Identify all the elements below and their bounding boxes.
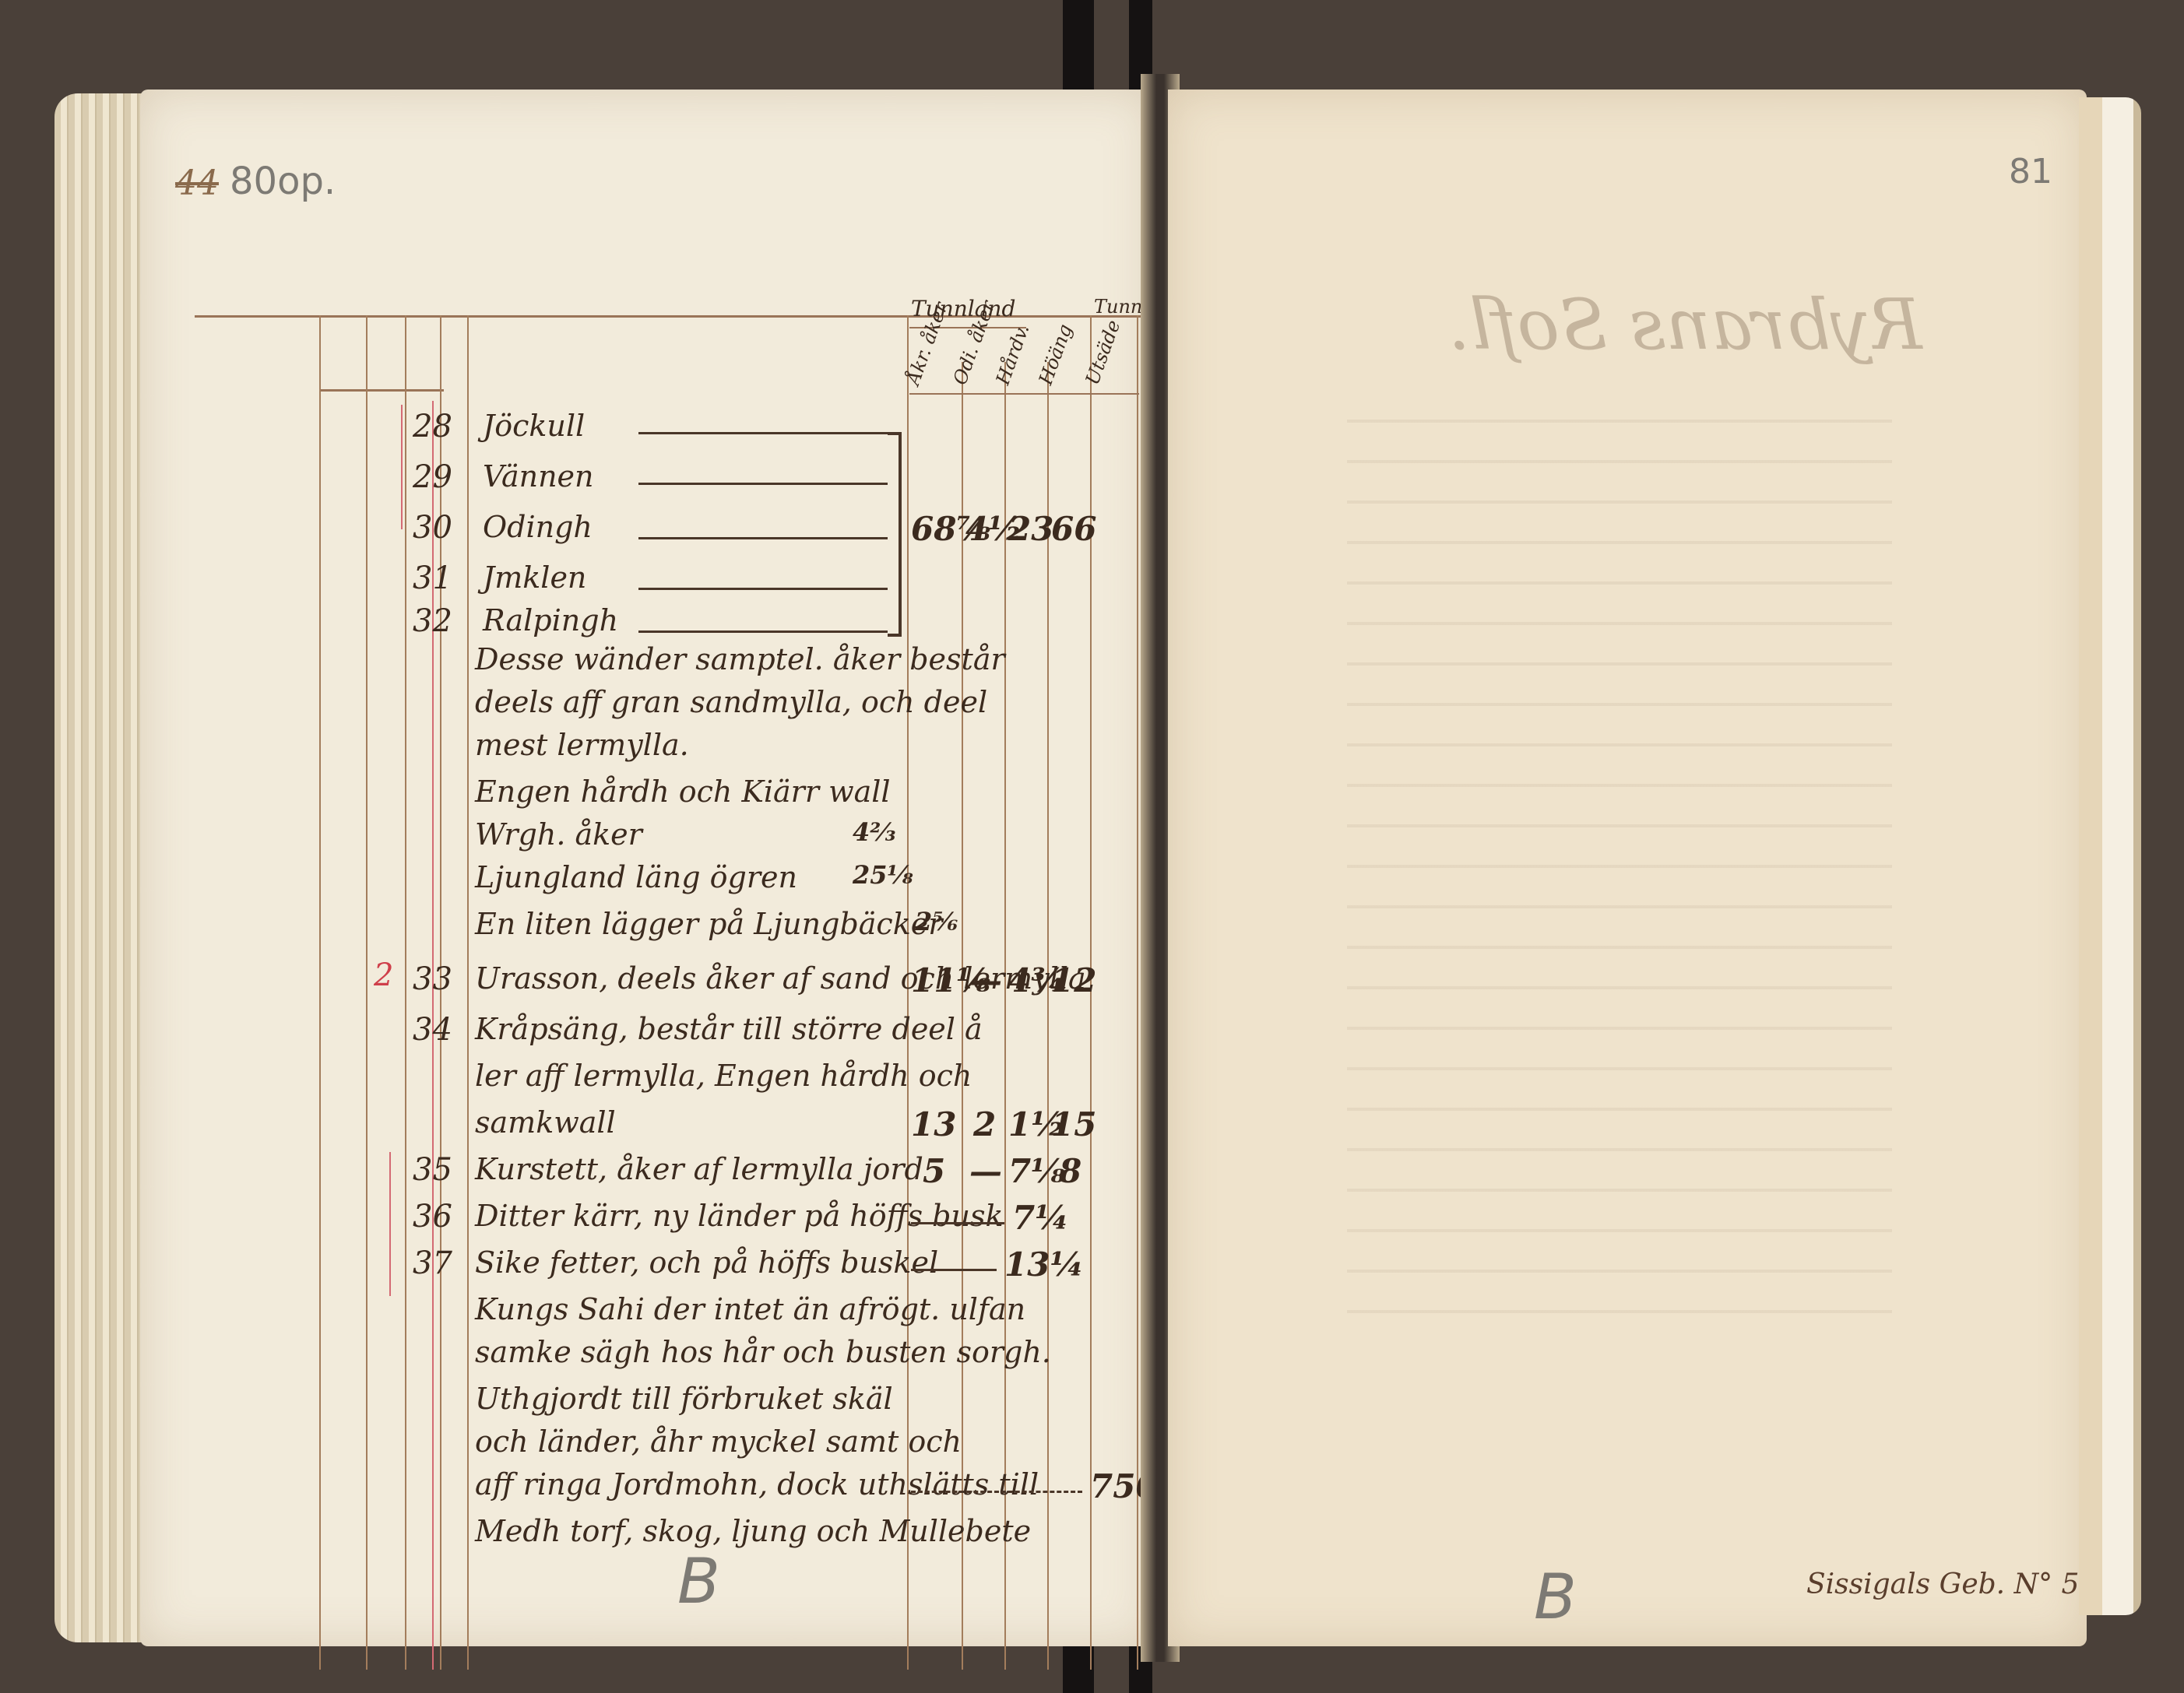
desc-line-3: mest lermylla. <box>475 728 689 762</box>
note-line-5: aff ringa Jordmohn, dock uthslätts till <box>475 1467 1039 1502</box>
row-32-leader <box>638 630 888 633</box>
footer-inscription: Sissigals Geb. N° 5 <box>1806 1568 2079 1600</box>
row-37-val-3: 13¼ <box>1004 1245 1084 1284</box>
red-bracket-top <box>401 405 412 529</box>
right-pencil-mark: B <box>1534 1561 1577 1633</box>
page-number-crossed: 44 <box>175 163 219 203</box>
row-num-30: 30 <box>413 510 452 546</box>
row-35-val-4: 8 <box>1059 1152 1081 1190</box>
bleed-through-title: Rybrans Sofl. <box>1448 284 1922 366</box>
desc-line-1: Desse wänder samptel. åker består <box>475 642 1005 676</box>
desc-line-4: Engen hårdh och Kiärr wall <box>475 774 891 809</box>
header-sub-5: Utsäde <box>1081 318 1125 388</box>
rule-col-e <box>467 315 469 1670</box>
header-sub-1: Åkr. åker <box>902 300 952 388</box>
red-bracket-bottom <box>389 1152 400 1296</box>
row-text-34c: samkwall <box>475 1105 616 1140</box>
total-leader <box>911 1491 1082 1493</box>
note-line-1: Kungs Sahi der intet än afrögt. ulfan <box>475 1292 1025 1326</box>
rule-values-3 <box>1047 362 1049 1670</box>
row-36-leader <box>911 1222 1004 1224</box>
note-line-4: och länder, åhr myckel samt och <box>475 1424 962 1459</box>
row-num-33: 33 <box>413 961 452 997</box>
bleed-through-text <box>1347 416 1892 1351</box>
row-35-val-2: — <box>969 1152 1002 1190</box>
row-text-30: Odingh <box>483 510 593 544</box>
row-num-34: 34 <box>413 1012 452 1048</box>
desc-line-6-value: 25⅛ <box>853 860 913 890</box>
row-text-34: Kråpsäng, består till större deel å <box>475 1012 983 1046</box>
rule-col-b <box>366 315 368 1670</box>
row-num-36: 36 <box>413 1199 452 1235</box>
red-margin-mark: 2 <box>374 957 393 993</box>
row-30-val-4: 66 <box>1051 510 1096 548</box>
row-num-32: 32 <box>413 603 452 639</box>
row-text-35: Kurstett, åker af lermylla jord <box>475 1152 923 1186</box>
row-text-28: Jöckull <box>483 409 585 443</box>
page-number-pencil: 80op. <box>230 160 336 203</box>
desc-line-7-value: 2⅚ <box>915 907 958 936</box>
row-num-35: 35 <box>413 1152 452 1188</box>
right-page: 81 Rybrans Sofl. B Sissigals Geb. N° 5 <box>1168 90 2087 1646</box>
left-box-bottom-rule <box>319 389 444 392</box>
desc-line-5: Wrgh. åker <box>475 817 642 852</box>
row-35-val-1: 5 <box>923 1152 945 1190</box>
row-num-37: 37 <box>413 1245 452 1281</box>
desc-line-5-value: 4⅔ <box>853 817 895 847</box>
header-sub-4: Höäng <box>1035 321 1077 388</box>
desc-line-2: deels aff gran sandmylla, och deel <box>475 685 987 719</box>
row-34-val-1: 13 <box>911 1105 956 1143</box>
desc-line-7: En liten lägger på Ljungbäcker <box>475 907 942 941</box>
row-37-leader <box>911 1269 997 1271</box>
left-page: 44 80op. Tunnland Tunnor Åkr. åker Odi. … <box>140 90 1152 1646</box>
row-num-28: 28 <box>413 409 452 444</box>
ledger-book: 44 80op. Tunnland Tunnor Åkr. åker Odi. … <box>55 74 2141 1654</box>
note-line-6: Medh torf, skog, ljung och Mullebete <box>475 1514 1031 1548</box>
row-text-32: Ralpingh <box>483 603 618 638</box>
row-33-val-4: 12 <box>1051 961 1096 999</box>
header-sub-3: Hårdv. <box>992 321 1034 388</box>
row-31-leader <box>638 588 888 590</box>
row-30-leader <box>638 537 888 539</box>
row-text-37: Sike fetter, och på höffs buskel <box>475 1245 938 1280</box>
row-text-31: Jmklen <box>483 560 586 595</box>
row-text-36: Ditter kärr, ny länder på höffs busk <box>475 1199 1004 1233</box>
row-34-val-4: 15 <box>1051 1105 1096 1143</box>
rows-28-32-brace <box>888 432 902 637</box>
header-bottom-rule <box>909 393 1139 395</box>
row-30-val-3: 23 <box>1008 510 1053 548</box>
row-28-leader <box>638 432 888 434</box>
row-36-val-3: 7¼ <box>1012 1199 1069 1237</box>
row-29-leader <box>638 483 888 485</box>
left-pencil-mark: B <box>677 1545 720 1617</box>
rule-values-5 <box>1137 315 1138 1670</box>
rule-col-a <box>319 315 321 1670</box>
row-num-31: 31 <box>413 560 452 596</box>
row-35-val-3: 7⅛ <box>1008 1152 1065 1190</box>
row-33-val-2: — <box>969 961 1002 999</box>
row-34-val-2: 2 <box>973 1105 996 1143</box>
row-num-29: 29 <box>413 459 452 495</box>
desc-line-6: Ljungland läng ögren <box>475 860 797 894</box>
note-line-3: Uthgjordt till förbruket skäl <box>475 1382 893 1416</box>
row-text-29: Vännen <box>483 459 594 493</box>
row-text-34b: ler aff lermylla, Engen hårdh och <box>475 1059 972 1093</box>
note-line-2: samke sägh hos hår och busten sorgh. <box>475 1335 1051 1369</box>
right-page-stack <box>2079 97 2141 1615</box>
right-page-number: 81 <box>2009 152 2052 191</box>
